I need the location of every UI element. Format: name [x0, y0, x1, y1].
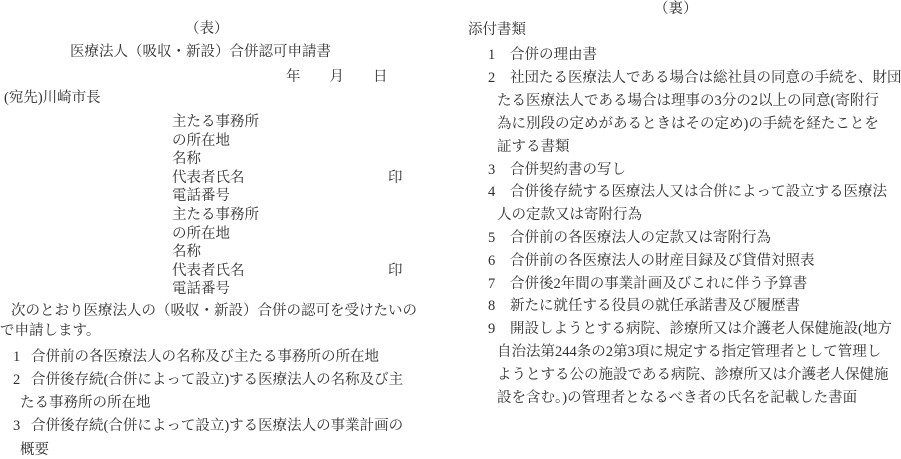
back-item-9-cont3: 設を含む。)の管理者となるべき者の氏名を記載した書面 — [497, 390, 857, 407]
back-side-label: （裏） — [654, 1, 698, 18]
back-item-9-text: 開設しようとする病院、診療所又は介護老人保健施設(地方 — [510, 321, 892, 338]
back-item-2-num: 2 — [488, 70, 495, 87]
back-item-4-cont: 人の定款又は寄附行為 — [497, 207, 642, 224]
back-item-2-cont3: 証する書類 — [497, 139, 570, 156]
field-representative-1: 代表者氏名 — [172, 170, 245, 187]
intro-line-1: 次のとおり医療法人の（吸収・新設）合併の認可を受けたいの — [11, 303, 417, 320]
back-item-4-num: 4 — [488, 184, 495, 201]
front-item-3-text: 合併後存続(合併によって設立)する医療法人の事業計画の — [31, 418, 403, 435]
field-name-2: 名称 — [172, 244, 201, 261]
field-phone-2: 電話番号 — [172, 281, 230, 298]
front-item-3-cont: 概要 — [20, 442, 49, 459]
front-item-1-text: 合併前の各医療法人の名称及び主たる事務所の所在地 — [31, 349, 379, 366]
back-item-8-num: 8 — [488, 298, 495, 315]
back-item-4-text: 合併後存続する医療法人又は合併によって設立する医療法 — [510, 184, 887, 201]
front-side-label: （表） — [185, 21, 229, 38]
back-item-1-text: 合併の理由書 — [510, 47, 597, 64]
date-line: 年 月 日 — [286, 69, 388, 86]
addressee: (宛先)川崎市長 — [4, 90, 101, 107]
back-item-1-num: 1 — [488, 47, 495, 64]
field-address-1: の所在地 — [172, 133, 230, 150]
back-item-6-text: 合併前の各医療法人の財産目録及び貸借対照表 — [510, 253, 815, 270]
back-item-9-cont1: 自治法第244条の2第3項に規定する指定管理者として管理し — [497, 344, 881, 361]
intro-line-2: で申請します。 — [0, 323, 100, 340]
front-item-3-num: 3 — [13, 418, 20, 435]
field-phone-1: 電話番号 — [172, 188, 230, 205]
back-item-3-text: 合併契約書の写し — [510, 162, 626, 179]
document-page: （表） 医療法人（吸収・新設）合併認可申請書 年 月 日 (宛先)川崎市長 主た… — [0, 0, 901, 459]
field-representative-2: 代表者氏名 — [172, 263, 245, 280]
back-item-2-cont1: たる医療法人である場合は理事の3分の2以上の同意(寄附行 — [497, 93, 879, 110]
field-main-office-1: 主たる事務所 — [172, 114, 259, 131]
field-name-1: 名称 — [172, 151, 201, 168]
front-title: 医療法人（吸収・新設）合併認可申請書 — [70, 44, 331, 61]
back-item-6-num: 6 — [488, 253, 495, 270]
back-item-5-text: 合併前の各医療法人の定款又は寄附行為 — [510, 230, 771, 247]
back-item-8-text: 新たに就任する役員の就任承諾書及び履歴書 — [510, 298, 800, 315]
field-main-office-2: 主たる事務所 — [172, 207, 259, 224]
back-item-7-text: 合併後2年間の事業計画及びこれに伴う予算書 — [510, 276, 807, 293]
field-address-2: の所在地 — [172, 226, 230, 243]
back-item-5-num: 5 — [488, 230, 495, 247]
back-item-9-cont2: ようとする公の施設である病院、診療所又は介護老人保健施 — [497, 367, 889, 384]
back-item-3-num: 3 — [488, 162, 495, 179]
back-item-2-text: 社団たる医療法人である場合は総社員の同意の手続を、財団 — [510, 70, 901, 87]
back-item-2-cont2: 為に別段の定めがあるときはその定め)の手続を経たことを — [497, 116, 879, 133]
front-item-2-num: 2 — [13, 372, 20, 389]
back-item-9-num: 9 — [488, 321, 495, 338]
front-item-2-text: 合併後存続(合併によって設立)する医療法人の名称及び主 — [31, 372, 403, 389]
seal-mark-2: 印 — [388, 263, 403, 280]
back-item-7-num: 7 — [488, 276, 495, 293]
seal-mark-1: 印 — [388, 170, 403, 187]
front-item-2-cont: たる事務所の所在地 — [20, 395, 151, 412]
attachments-heading: 添付書類 — [468, 22, 526, 39]
front-item-1-num: 1 — [13, 349, 20, 366]
